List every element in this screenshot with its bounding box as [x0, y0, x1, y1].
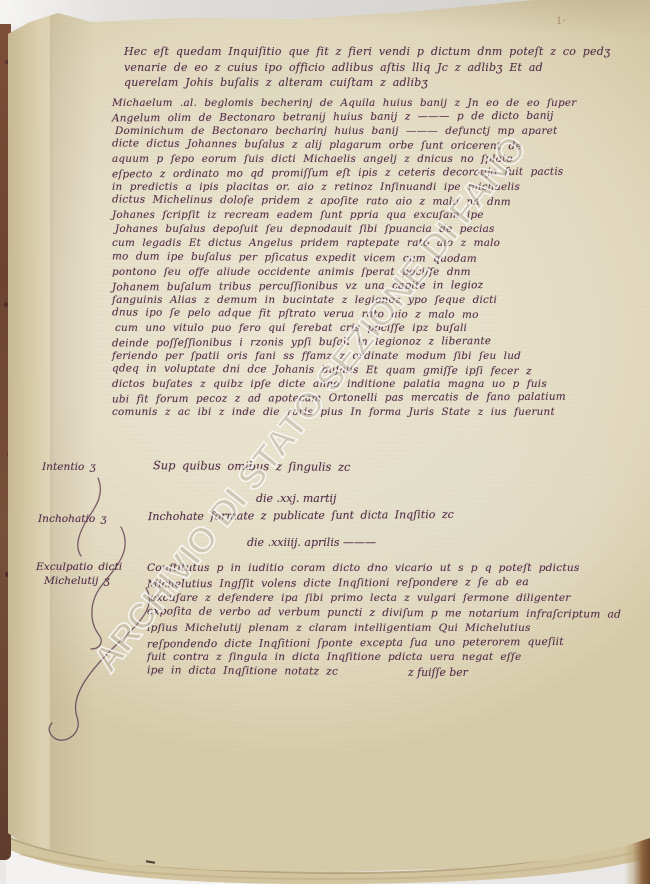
date-line-march: die .xxj. martij: [256, 492, 336, 505]
body-line: mo dum ipe buſalus per pſicatus expedit …: [112, 249, 576, 266]
body-line: pontono ſeu offe aliude occidente animis…: [112, 265, 576, 279]
heading-line: venarie de eo z cuius ipo officio adlibu…: [124, 60, 610, 76]
exculpatio-tail: z fuiſſe ber: [408, 666, 468, 679]
exculpatio-line: ipe in dicta Inqſitione notatz zc: [147, 664, 621, 682]
heading-line: Hec eſt quedam Inquiſitio que fit z fier…: [124, 44, 610, 60]
exculpatio-line: ipſius Michelutij plenam z claram intell…: [147, 621, 621, 636]
margin-label-line: Exculpatio dicti: [36, 561, 122, 575]
body-line: Johanes ſcripſit iz recream eadem ſunt p…: [112, 208, 576, 222]
margin-label-line: Michelutij ʒ: [36, 575, 122, 589]
body-line: Johanem buſalum tribus percuſſionibus vz…: [112, 277, 576, 294]
heading-line: querelam Johis buſalis z alteram cuiſtam…: [124, 75, 610, 91]
exculpatio-line: Michelutius Ingſſit volens dicte Inqſiti…: [147, 574, 621, 592]
exculpatio-line: reſpondendo dicte Inqſitioni ſponte exce…: [147, 634, 621, 652]
body-line: Angelum olim de Bectonaro betranij huius…: [112, 109, 576, 126]
margin-label-inchohatio: Inchohatio ʒ: [38, 513, 107, 525]
body-line: Michaelum .al. beglomis becherinj de Aqu…: [112, 96, 576, 110]
folio-number: 1·: [556, 16, 566, 27]
body-line: Johanes buſalus depoſuit ſeu depnodauit …: [115, 222, 579, 236]
manuscript-photo: 1· Hec eſt quedam Inquiſitio que fit z f…: [0, 0, 650, 884]
body-line: cum legadis Et dictus Angelus pridem rap…: [112, 236, 576, 250]
body-line: ſanguinis Alias z demum in bucintate z l…: [112, 293, 576, 307]
date-line-april: die .xxiiij. aprilis ———: [247, 536, 376, 549]
body-line: comunis z ac ibi z inde die roris pius I…: [112, 405, 576, 419]
exculpatio-line: expoſita de verbo ad verbum puncti z div…: [147, 604, 621, 622]
margin-label-exculpatio: Exculpatio dicti Michelutij ʒ: [36, 561, 122, 588]
heading-paragraph: Hec eſt quedam Inquiſitio que fit z fier…: [124, 44, 610, 91]
margin-label-intentio: Intentio ʒ: [42, 461, 96, 473]
exculpatio-paragraph: Conſtitutus p in iuditio coram dicto dno…: [147, 561, 621, 680]
exculpatio-line: excuſare z defendere ipa ſibi primo lect…: [150, 591, 624, 606]
exculpatio-line: Conſtitutus p in iuditio coram dicto dno…: [147, 561, 621, 576]
